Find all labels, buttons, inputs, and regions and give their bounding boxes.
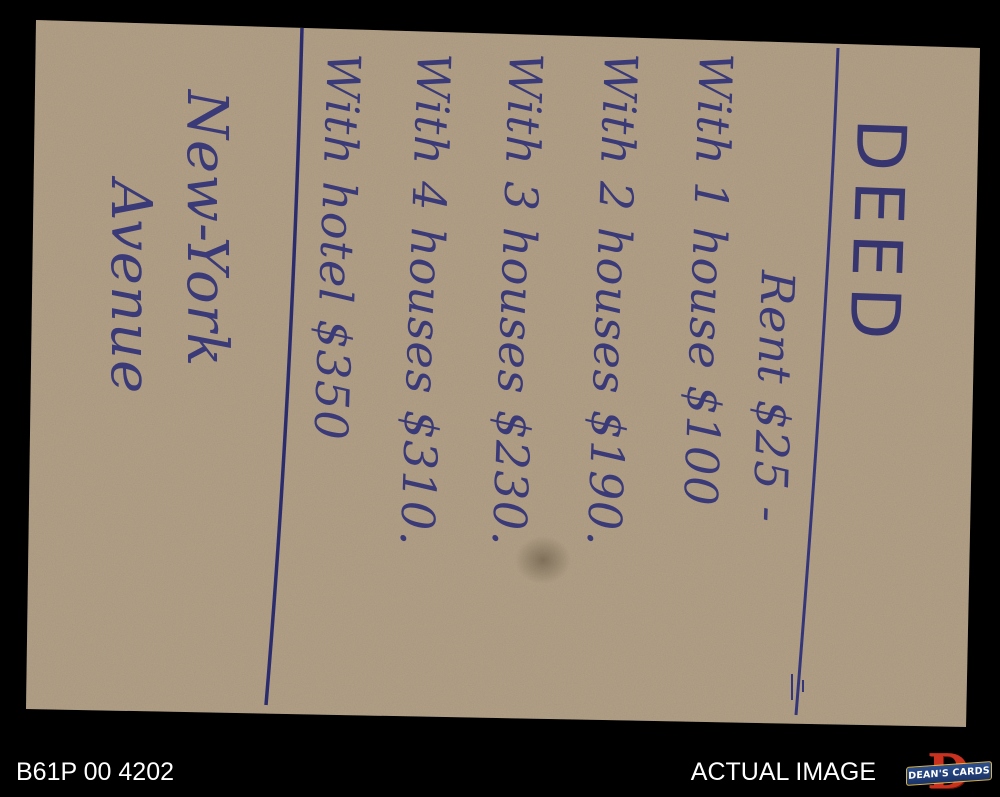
item-code: B61P 00 4202 [16, 757, 174, 787]
deans-cards-logo: D DEAN'S CARDS [906, 750, 990, 794]
logo-banner: DEAN'S CARDS [906, 761, 992, 786]
actual-image-label: ACTUAL IMAGE [691, 757, 876, 787]
card-svg: DEED Rent $25 - With 1 house $100 With 2… [0, 0, 1000, 797]
rent-line: Rent $25 - [742, 269, 805, 524]
property-name-line: New-York [174, 88, 239, 367]
deed-title: DEED [833, 117, 920, 350]
photo-viewer: DEED Rent $25 - With 1 house $100 With 2… [0, 0, 1000, 797]
deed-card-photo: DEED Rent $25 - With 1 house $100 With 2… [0, 0, 1000, 797]
property-name-line: Avenue [98, 175, 163, 394]
